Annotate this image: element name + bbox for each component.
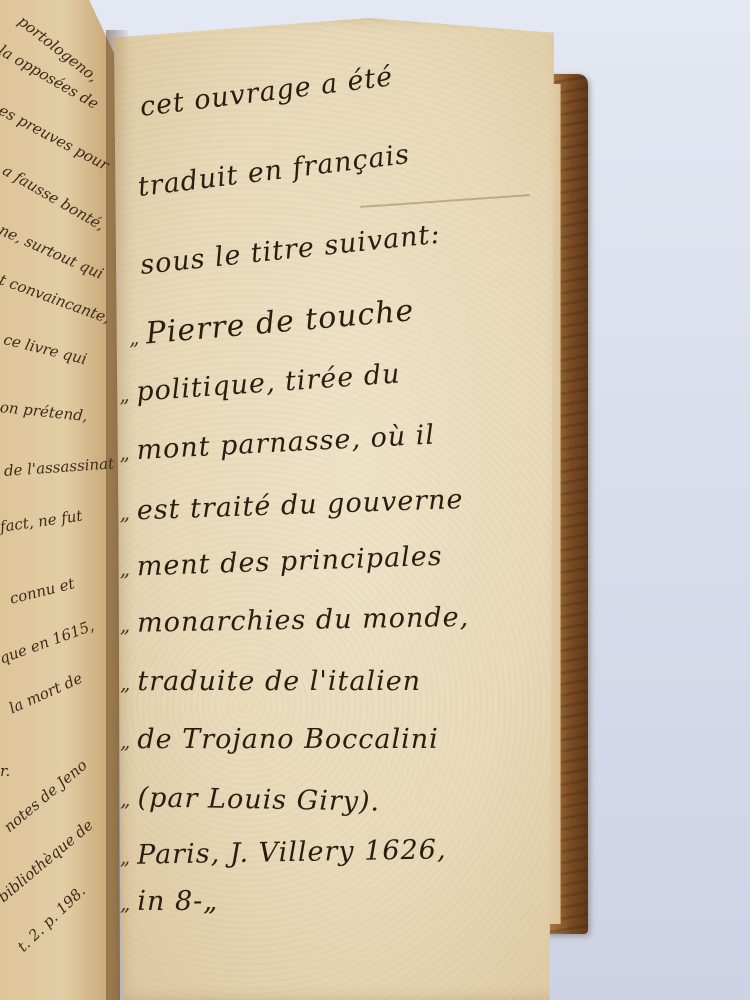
left-line: r. [0, 762, 10, 780]
left-line: a fausse bonté, [0, 161, 108, 234]
note-line: „traduite de l'italien [120, 666, 421, 697]
left-line: fact, ne fut [0, 507, 83, 536]
left-line: t. 2. p. 198. [14, 882, 89, 956]
left-line: es preuves pour [0, 101, 112, 174]
left-line: la mort de [6, 669, 85, 717]
note-line: „Paris, J. Villery 1626, [119, 834, 446, 871]
book-photo: portologeno, la opposées de es preuves p… [0, 0, 750, 1000]
left-line: connu et [8, 574, 76, 607]
left-line: de l'assassinat [3, 454, 114, 480]
note-line: „monarchies du monde, [119, 602, 469, 639]
note-line: „de Trojano Boccalini [120, 724, 439, 755]
left-line: que en 1615, [0, 617, 96, 668]
note-line: „(par Louis Giry). [120, 782, 380, 818]
left-line: ne, surtout qui [0, 221, 106, 283]
left-line: ce livre qui [2, 330, 89, 368]
left-line: on prétend, [0, 398, 89, 425]
note-line: „in 8-„ [120, 886, 218, 917]
